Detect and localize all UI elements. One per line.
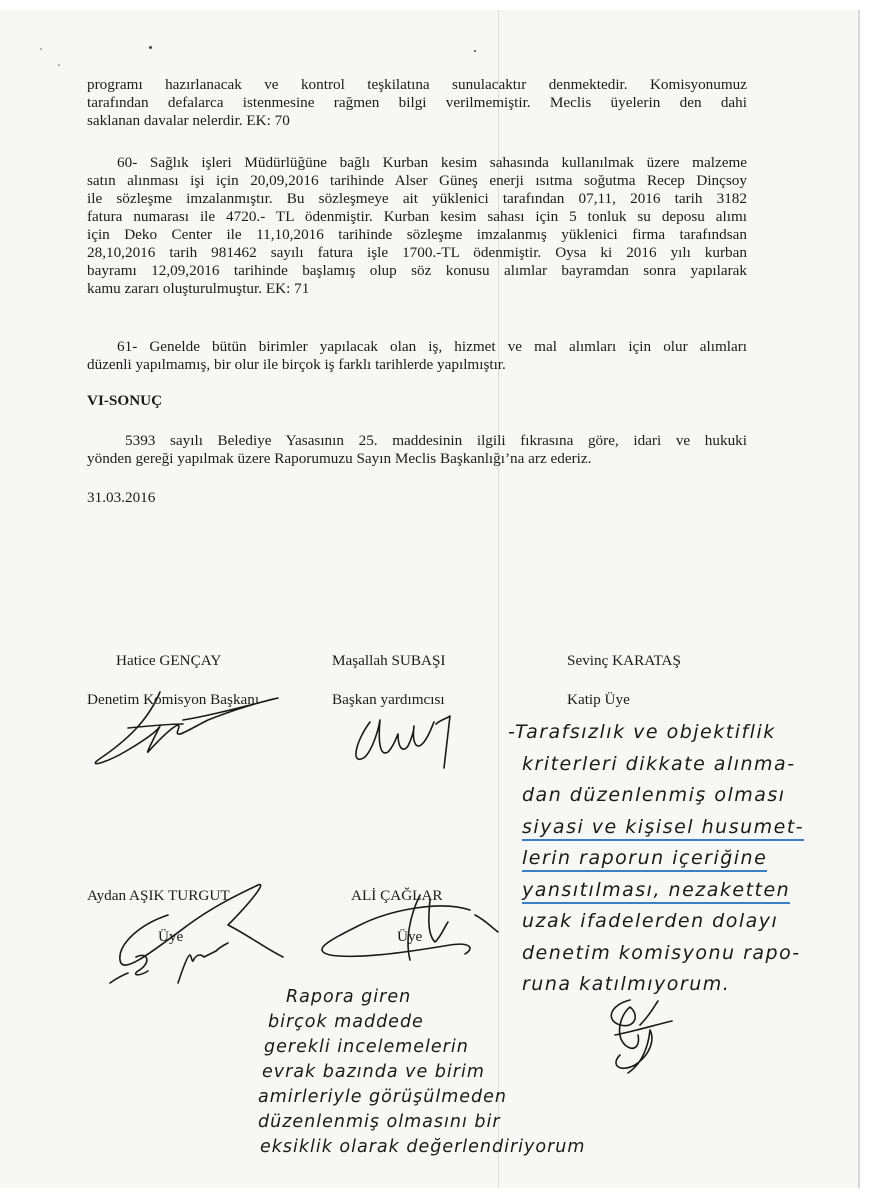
scan-speck [58,64,60,66]
text-line: 61- Genelde bütün birimler yapılacak ola… [117,338,747,355]
handwritten-line: eksiklik olarak değerlendiriyorum [258,1135,585,1160]
handwritten-line: kriterleri dikkate alınma- [508,749,804,781]
text-line: yönden gereği yapılmak üzere Raporumuzu … [87,450,747,468]
handwritten-line: amirleriyle görüşülmeden [258,1085,585,1110]
text-line: programı hazırlanacak ve kontrol teşkila… [87,76,747,94]
item-61-paragraph: 61- Genelde bütün birimler yapılacak ola… [87,338,747,374]
scan-speck [149,46,152,49]
handwritten-dissent-left: Rapora giren birçok maddede gerekli ince… [258,985,585,1160]
signatory-name: Hatice GENÇAY [116,652,221,670]
handwritten-line: -Tarafsızlık ve objektiflik [508,717,804,749]
handwritten-line: gerekli incelemelerin [258,1035,585,1060]
signature-ali-caglar [310,890,510,970]
signatory-title: Başkan yardımcısı [332,691,445,709]
signature-sevinc-karatas [600,995,680,1075]
text-line: 28,10,2016 tarih 981462 sayılı fatura iş… [87,244,747,262]
handwritten-dissent-right: -Tarafsızlık ve objektiflik kriterleri d… [508,717,804,1001]
text-line: fatura numarası ile 4720.- TL ödenmiştir… [87,208,747,226]
signature-masallah-subasi [350,712,460,772]
handwritten-line: düzenlenmiş olmasını bir [258,1110,585,1135]
page-edge [858,10,860,1188]
handwritten-line: birçok maddede [258,1010,585,1035]
signatory-name: Maşallah SUBAŞI [332,652,445,670]
signatory-name: Sevinç KARATAŞ [567,652,681,670]
scan-speck [40,48,42,50]
handwritten-line: Rapora giren [258,985,585,1010]
handwritten-line: denetim komisyonu rapo- [508,938,804,970]
conclusion-paragraph: 5393 sayılı Belediye Yasasının 25. madde… [87,432,747,468]
text-line: düzenli yapılmamış, bir olur ile birçok … [87,356,747,374]
text-line: için Deko Center ile 11,10,2016 tarihind… [87,226,747,244]
scan-speck [474,50,476,52]
report-date: 31.03.2016 [87,489,155,507]
text-line: ile sözleşme imzalanmıştır. Bu sözleşmey… [87,190,747,208]
text-line: 60- Sağlık işleri Müdürlüğüne bağlı Kurb… [117,154,747,171]
handwritten-line: dan düzenlenmiş olması [508,780,804,812]
signature-hatice-gencay [88,690,288,770]
text-line: tarafından defalarca istenmesine rağmen … [87,94,747,112]
handwritten-line: evrak bazında ve birim [258,1060,585,1085]
text-line: bayramı 12,09,2016 tarihinde başlamış ol… [87,262,747,280]
text-line: 5393 sayılı Belediye Yasasının 25. madde… [125,432,747,449]
handwritten-line: uzak ifadelerden dolayı [508,906,804,938]
item-60-paragraph: 60- Sağlık işleri Müdürlüğüne bağlı Kurb… [87,154,747,298]
handwritten-line-underlined: lerin raporun içeriğine [522,847,767,872]
handwritten-line-underlined: siyasi ve kişisel husumet- [522,816,804,841]
section-heading: VI-SONUÇ [87,392,162,410]
continuation-paragraph: programı hazırlanacak ve kontrol teşkila… [87,76,747,130]
text-line: kamu zararı oluşturulmuştur. EK: 71 [87,280,747,298]
signature-aydan-asik-turgut [108,885,338,985]
handwritten-line-underlined: yansıtılması, nezaketten [522,879,790,904]
text-line: saklanan davalar nelerdir. EK: 70 [87,112,747,130]
text-line: satın alınması işi için 20,09,2016 tarih… [87,172,747,190]
signatory-title: Katip Üye [567,691,630,709]
